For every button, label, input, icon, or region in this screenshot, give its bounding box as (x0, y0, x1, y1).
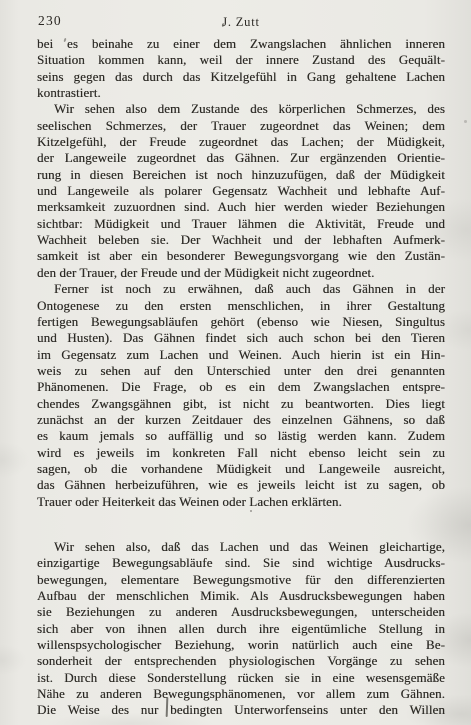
text-line: bei es beinahe zu einer dem Zwangslachen… (37, 36, 445, 52)
text-line: rung in diesen Bereichen ist noch hinzuz… (37, 167, 445, 183)
text-line: und Husten). Das Gähnen findet sich auch… (37, 330, 445, 346)
text-line: seelischen Schmerzes, der Trauer zugeord… (37, 118, 445, 134)
text-line: samkeit ist aber ein besonderer Bewegung… (37, 248, 445, 264)
text-line: im Gegensatz zum Lachen und Weinen. Auch… (37, 347, 445, 363)
text-line: sie Beziehungen zu anderen Ausdrucksbewe… (37, 604, 445, 620)
text-line: Trauer oder Heiterkeit das Weinen oder L… (37, 494, 445, 510)
text-line: merksamkeit zuzuordnen sind. Auch hier w… (37, 199, 445, 215)
text-line: Die Weise des nur bedingten Unterworfens… (37, 702, 445, 718)
paragraph: Wir sehen also, daß das Lachen und das W… (37, 539, 445, 719)
text-line: chendes Zwangsgähnen gibt, ist nicht zu … (37, 396, 445, 412)
paragraph: Ferner ist noch zu erwähnen, daß auch da… (37, 281, 445, 510)
text-line: sonderheit der entsprechenden physiologi… (37, 653, 445, 669)
text-line: Aufbau der menschlichen Mimik. Als Ausdr… (37, 588, 445, 604)
text-line: einzigartige Bewegungsabläufe sind. Sie … (37, 555, 445, 571)
text-line: bewegungen, elementare Bewegungsmotive f… (37, 572, 445, 588)
text-line: wird es jeweils im konkreten Fall nicht … (37, 445, 445, 461)
text-line: willenspsychologischer Beziehung, worin … (37, 637, 445, 653)
paragraph: bei es beinahe zu einer dem Zwangslachen… (37, 36, 445, 101)
text-line: zunächst an der kurzen Zeitdauer des ein… (37, 412, 445, 428)
text-line: ist. Durch diese Sonderstellung rücken s… (37, 670, 445, 686)
running-head: J. Zutt (37, 15, 445, 30)
page-header: 230 J. Zutt (37, 13, 445, 31)
text-line: der Langeweile zugeordnet das Gähnen. Zu… (37, 150, 445, 166)
scan-speck (250, 510, 252, 512)
text-line: Phänomenen. Die Frage, ob es ein dem Zwa… (37, 379, 445, 395)
text-line: und Langeweile als polarer Gegensatz Wac… (37, 183, 445, 199)
text-line: Situation kommen kann, weil der innere Z… (37, 52, 445, 68)
text-line: Wir sehen also dem Zustande des körperli… (37, 101, 445, 117)
text-line: seins gegen das durch das Kitzelgefühl i… (37, 69, 445, 85)
text-line: Wachheit beleben sie. Der Wachheit und d… (37, 232, 445, 248)
paragraph: Wir sehen also dem Zustande des körperli… (37, 101, 445, 281)
text-line: fertigen Bewegungsabläufen gehört (ebens… (37, 314, 445, 330)
text-line: weis zu sehen auf den Unterschied unter … (37, 363, 445, 379)
page-text: bei es beinahe zu einer dem Zwangslachen… (37, 36, 445, 719)
text-line: Ferner ist noch zu erwähnen, daß auch da… (37, 281, 445, 297)
text-line: Nähe zu anderen Bewegungsphänomenen, vor… (37, 686, 445, 702)
text-line: kontrastiert. (37, 85, 445, 101)
text-line: sichtbar: Müdigkeit und Trauer lähmen di… (37, 216, 445, 232)
text-line: den der Trauer, der Freude und der Müdig… (37, 265, 445, 281)
text-line: das Gähnen herbeizuführen, wie es jeweil… (37, 477, 445, 493)
scan-speck (464, 120, 467, 123)
text-line: Wir sehen also, daß das Lachen und das W… (37, 539, 445, 555)
text-line: sich aber von ihnen allen durch ihre eig… (37, 621, 445, 637)
text-line: Kitzelgefühl, der Freude zugeordnet das … (37, 134, 445, 150)
text-line: Ontogenese zu den ersten menschlichen, i… (37, 298, 445, 314)
text-line: es kaum jemals so auffällig und so lästi… (37, 428, 445, 444)
scanned-book-page: 230 J. Zutt bei es beinahe zu einer dem … (0, 0, 471, 725)
text-line: sagen, ob die vorhandene Müdigkeit und L… (37, 461, 445, 477)
